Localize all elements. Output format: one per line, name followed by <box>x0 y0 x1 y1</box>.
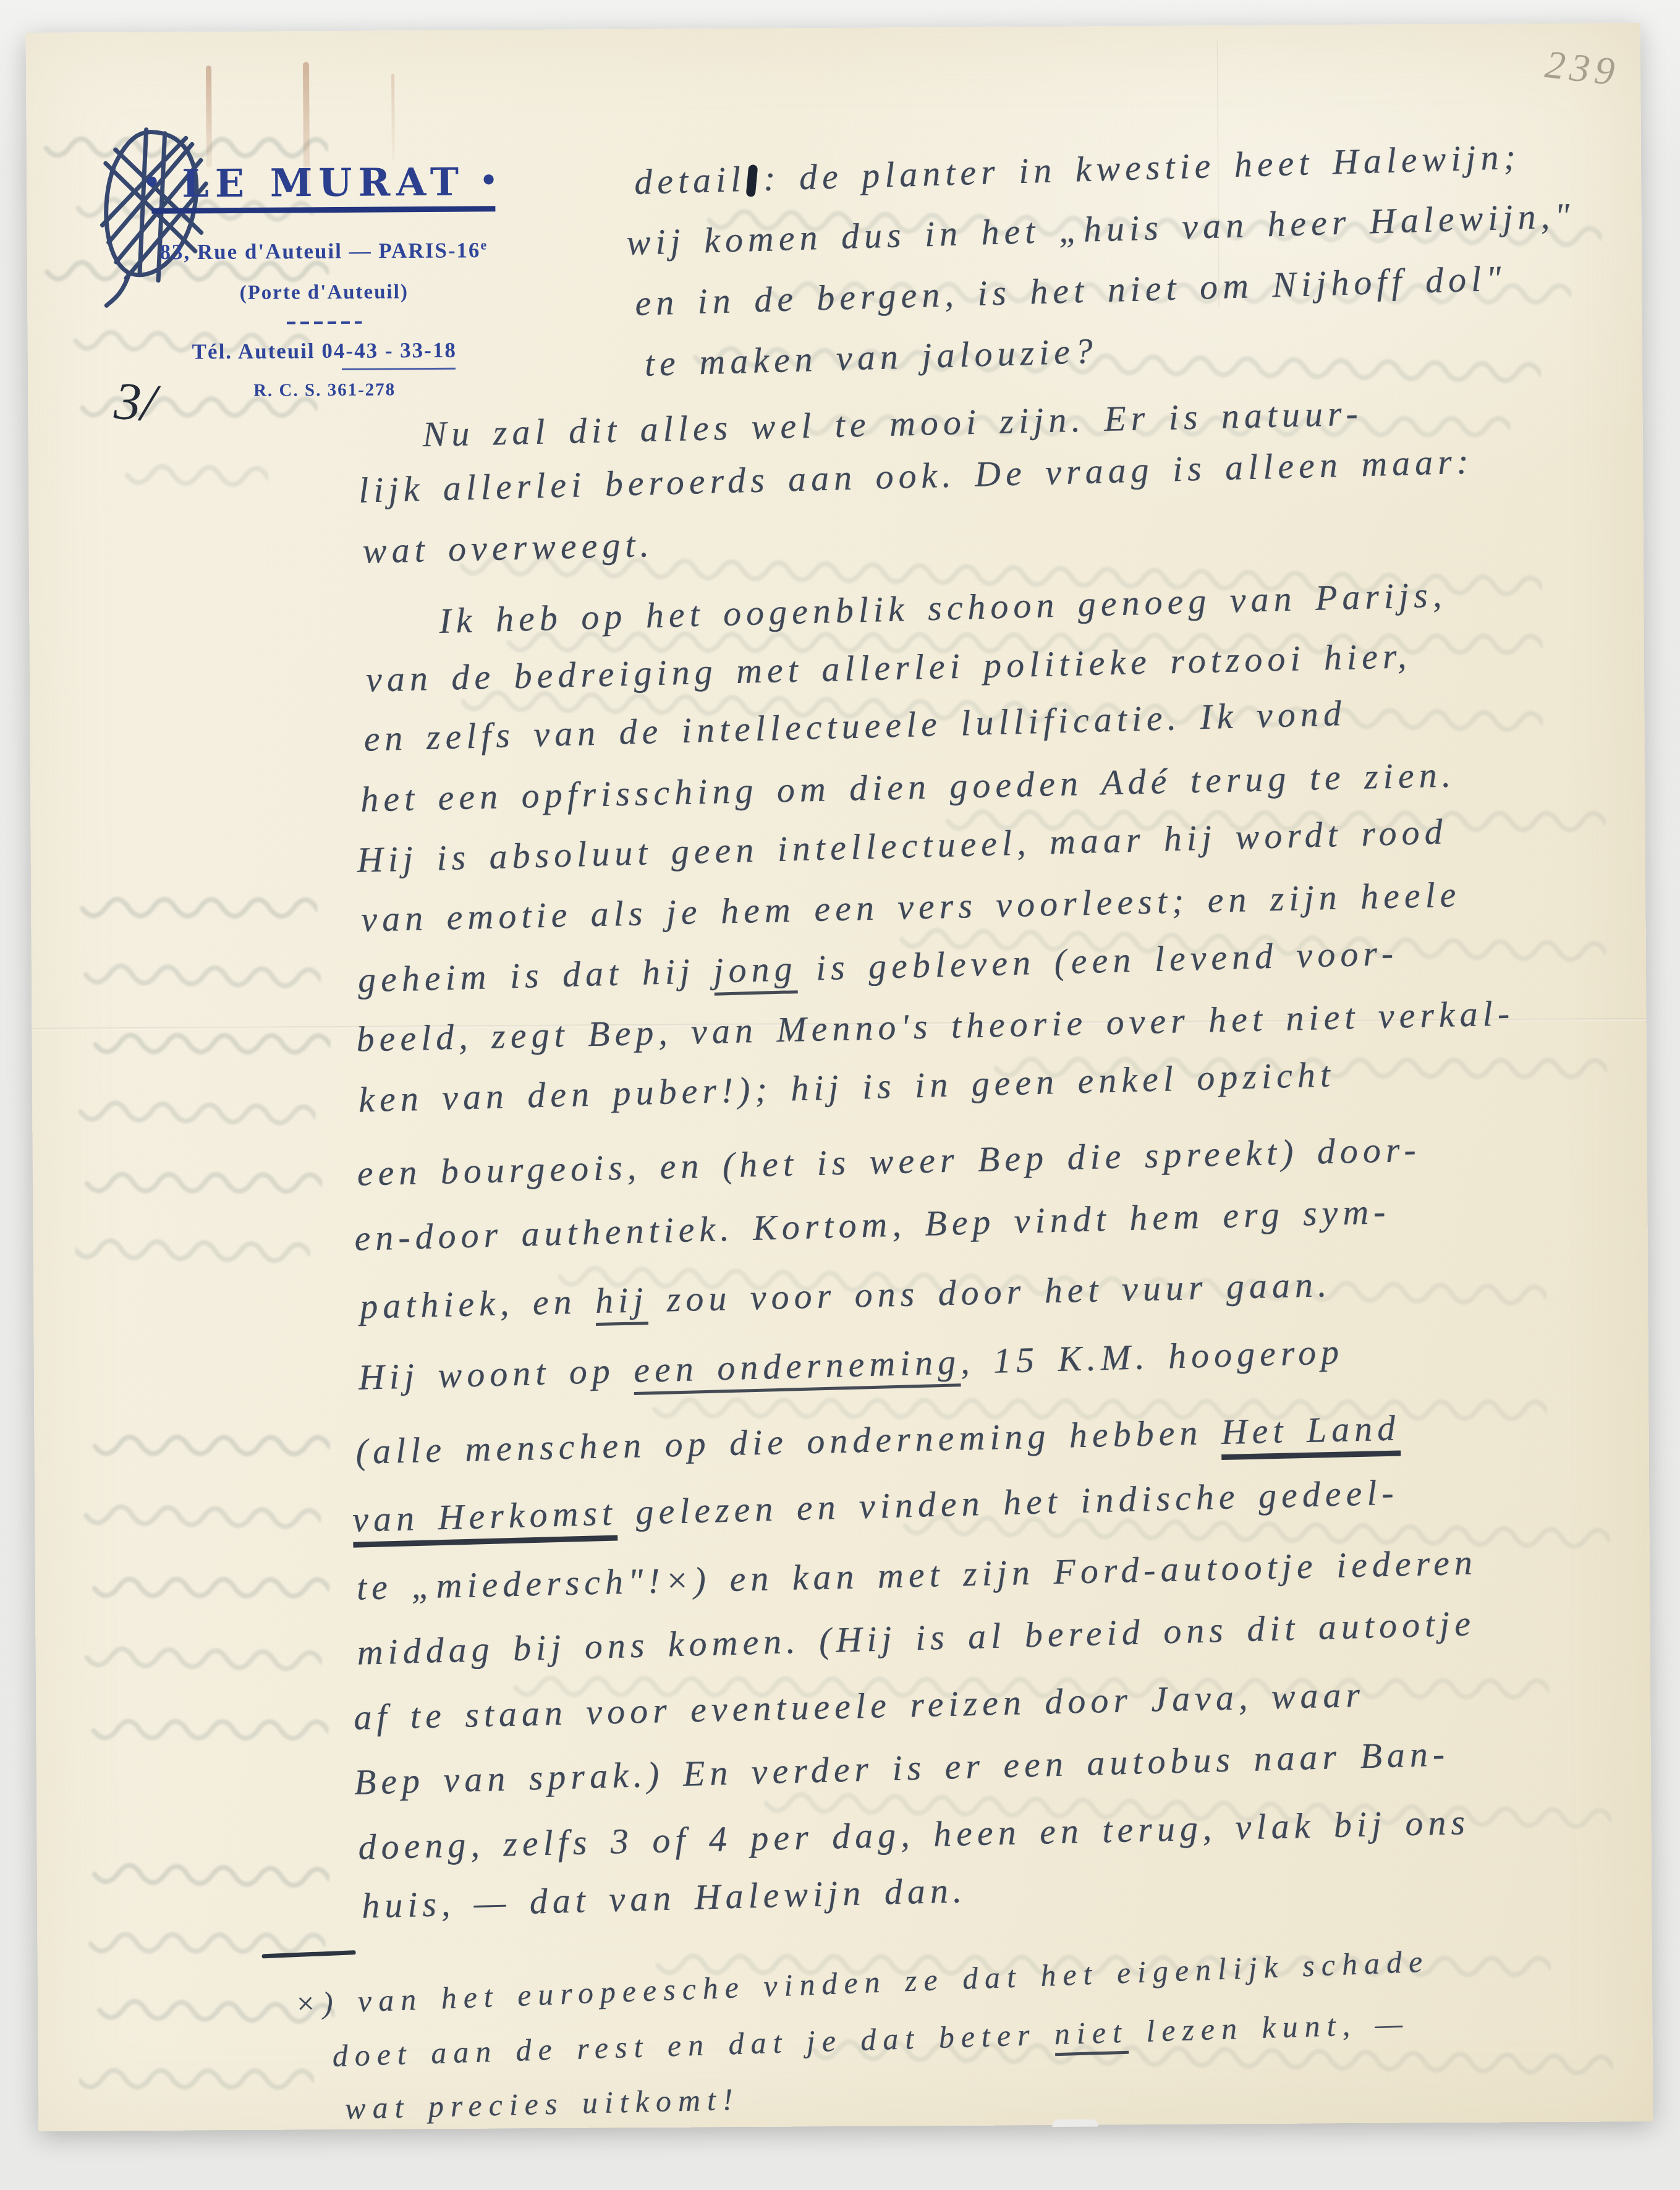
handwritten-line: ken van den puber!); hij is in geen enke… <box>358 1053 1335 1121</box>
underlined-title: van Herkomst <box>352 1493 617 1548</box>
bleed-through-ghost <box>68 1090 316 1138</box>
bleed-through-ghost <box>61 953 321 1001</box>
handwriting-text: Hij is absoluut geen intellectueel, maar… <box>357 812 1448 880</box>
bleed-through-ghost <box>45 888 317 931</box>
handwriting-text: is gebleven (een levend voor- <box>797 933 1399 988</box>
handwritten-line: en-door authentiek. Kortom, Bep vindt he… <box>354 1190 1391 1260</box>
handwriting-text: doet aan de rest en dat je dat beter <box>332 2016 1055 2073</box>
letterhead-rule <box>151 206 495 213</box>
underlined-word: een onderneming <box>633 1341 961 1395</box>
bleed-through-ghost <box>75 1229 310 1276</box>
footnote-separator-dash <box>262 1950 356 1958</box>
bullet-icon: • <box>480 163 504 197</box>
handwriting-text: pathiek, en <box>360 1281 596 1326</box>
handwriting-text: het een opfrissching om dien goeden Adé … <box>360 755 1456 820</box>
underlined-word: niet <box>1054 2014 1129 2056</box>
handwriting-text: te maken van jalouzie? <box>644 331 1098 384</box>
handwriting-text: beeld, zegt Bep, van Menno's theorie ove… <box>356 993 1515 1059</box>
handwriting-text: en in de bergen, is het niet om Nijhoff … <box>634 258 1506 323</box>
handwriting-text: zou voor ons door het vuur gaan. <box>648 1264 1332 1320</box>
handwritten-line: geheim is dat hij jong is gebleven (een … <box>357 932 1399 1002</box>
handwritten-line: van emotie als je hem een vers voorleest… <box>361 873 1462 941</box>
handwriting-text: van emotie als je hem een vers voorleest… <box>361 874 1461 939</box>
bleed-through-ghost <box>56 1163 322 1206</box>
handwriting-text: Hij woont op <box>358 1350 634 1398</box>
handwriting-text: van de bedreiging met allerlei politieke… <box>365 635 1412 699</box>
bleed-through-ghost <box>82 454 268 500</box>
letterhead-name: •LE MURAT• <box>119 159 527 205</box>
handwriting-text: en-door authentiek. Kortom, Bep vindt he… <box>354 1191 1391 1258</box>
handwriting-text: te „miedersch"!×) en kan met zijn Ford-a… <box>356 1542 1477 1608</box>
letterhead-address-text: 83, Rue d'Auteuil — PARIS-16 <box>159 238 480 264</box>
bleed-through-ghost <box>62 1710 328 1753</box>
handwritten-line: detail: de planter in kwestie heet Halew… <box>634 135 1521 204</box>
handwritten-line: te maken van jalouzie? <box>644 329 1098 386</box>
letterhead-divider <box>287 321 362 324</box>
handwriting-text: lezen kunt, — <box>1127 2006 1410 2049</box>
letterhead-address-sup: e <box>480 237 488 252</box>
handwriting-text: en zelfs van de intellectueele lullifica… <box>363 693 1347 759</box>
handwriting-text: doeng, zelfs 3 of 4 per dag, heen en ter… <box>358 1802 1470 1867</box>
handwriting-layer: detail: de planter in kwestie heet Halew… <box>26 23 1640 33</box>
handwriting-text: een bourgeois, en (het is weer Bep die s… <box>357 1129 1421 1194</box>
bleed-through-ghost <box>72 1923 325 1966</box>
handwritten-line: pathiek, en hij zou voor ons door het vu… <box>359 1263 1332 1328</box>
pencil-page-number: 239 <box>1543 41 1622 95</box>
handwriting-text: (alle menschen op die onderneming hebben <box>355 1412 1221 1472</box>
letterhead-porte: (Porte d'Auteuil) <box>120 280 528 305</box>
handwritten-line: middag bij ons komen. (Hij is al bereid … <box>357 1602 1476 1674</box>
bleed-through-layer <box>26 23 1640 33</box>
paper-tear-notch <box>1052 2119 1098 2126</box>
letterhead-rcs: R. C. S. 361-278 <box>121 379 528 402</box>
handwritten-line: een bourgeois, en (het is weer Bep die s… <box>357 1128 1421 1195</box>
handwriting-text: huis, — dat van Halewijn dan. <box>361 1870 967 1926</box>
ink-blot <box>746 164 758 197</box>
rust-stain-thin <box>391 74 395 160</box>
handwritten-line: Ik heb op het oogenblik schoon genoeg va… <box>439 573 1447 643</box>
bleed-through-ghost <box>67 1494 321 1542</box>
handwritten-line: af te staan voor eventueele reizen door … <box>354 1673 1365 1739</box>
handwritten-line: beeld, zegt Bep, van Menno's theorie ove… <box>356 991 1515 1061</box>
handwritten-line: wat precies uitkomt! <box>344 2080 740 2128</box>
handwriting-text: wij komen dus in het „huis van heer Hale… <box>626 195 1575 263</box>
handwritten-line: Hij is absoluut geen intellectueel, maar… <box>357 810 1448 882</box>
handwritten-line: doeng, zelfs 3 of 4 per dag, heen en ter… <box>358 1801 1470 1869</box>
handwritten-line: en zelfs van de intellectueele lullifica… <box>363 692 1347 761</box>
handwritten-line: van Herkomst gelezen en vinden het indis… <box>352 1471 1399 1542</box>
underlined-title: Het Land <box>1221 1407 1401 1460</box>
handwriting-text: : de planter in kwestie heet Halewijn; <box>763 137 1521 198</box>
handwritten-line: wat overweegt. <box>362 523 655 573</box>
bleed-through-ghost <box>74 1636 322 1684</box>
handwritten-line: Bep van sprak.) En verder is er een auto… <box>354 1732 1450 1804</box>
underlined-word: hij <box>595 1280 648 1326</box>
scan-background: •LE MURAT• 83, Rue d'Auteuil — PARIS-16e… <box>0 0 1680 2190</box>
handwriting-text: Nu zal dit alles wel te mooi zijn. Er is… <box>422 393 1363 454</box>
handwriting-text: wat overweegt. <box>362 524 655 571</box>
handwriting-text: gelezen en vinden het indische gedeel- <box>616 1472 1399 1533</box>
handwriting-text: geheim is dat hij <box>357 951 714 1000</box>
letterhead-phone-rule <box>342 367 456 370</box>
handwriting-text: Ik heb op het oogenblik schoon genoeg va… <box>439 574 1447 641</box>
handwritten-line: en in de bergen, is het niet om Nijhoff … <box>634 257 1506 325</box>
handwriting-text: middag bij ons komen. (Hij is al bereid … <box>357 1603 1476 1672</box>
bullet-icon: • <box>143 166 168 199</box>
handwriting-text: Bep van sprak.) En verder is er een auto… <box>354 1733 1450 1802</box>
handwritten-line: wij komen dus in het „huis van heer Hale… <box>626 194 1575 265</box>
handwritten-line: Hij woont op een onderneming, 15 K.M. ho… <box>358 1330 1344 1399</box>
bleed-through-ghost <box>57 1568 329 1611</box>
letterhead-address: 83, Rue d'Auteuil — PARIS-16e <box>120 232 528 265</box>
bleed-through-ghost <box>57 1853 329 1901</box>
handwriting-text: af te staan voor eventueele reizen door … <box>354 1674 1365 1738</box>
handwritten-line: huis, — dat van Halewijn dan. <box>361 1869 967 1928</box>
handwritten-line: van de bedreiging met allerlei politieke… <box>365 634 1412 701</box>
letterhead-phone: Tél. Auteuil 04-43 - 33-18 <box>121 337 528 365</box>
underlined-word: jong <box>713 948 797 996</box>
handwriting-text: , 15 K.M. hoogerop <box>960 1331 1344 1381</box>
handwritten-line: het een opfrissching om dien goeden Adé … <box>360 753 1456 821</box>
handwritten-line: (alle menschen op die onderneming hebben… <box>355 1406 1401 1473</box>
letter-paper: •LE MURAT• 83, Rue d'Auteuil — PARIS-16e… <box>26 23 1653 2131</box>
page-number-hand: 3/ <box>112 370 158 434</box>
handwriting-text: ken van den puber!); hij is in geen enke… <box>358 1054 1335 1119</box>
bleed-through-ghost <box>79 2059 314 2102</box>
bleed-through-ghost <box>52 1425 330 1469</box>
handwriting-text: detail <box>634 159 746 202</box>
letterhead: •LE MURAT• 83, Rue d'Auteuil — PARIS-16e… <box>119 159 528 402</box>
handwriting-text: wat precies uitkomt! <box>345 2082 740 2126</box>
handwritten-line: te „miedersch"!×) en kan met zijn Ford-a… <box>356 1541 1477 1610</box>
letterhead-name-text: LE MURAT <box>182 159 465 206</box>
